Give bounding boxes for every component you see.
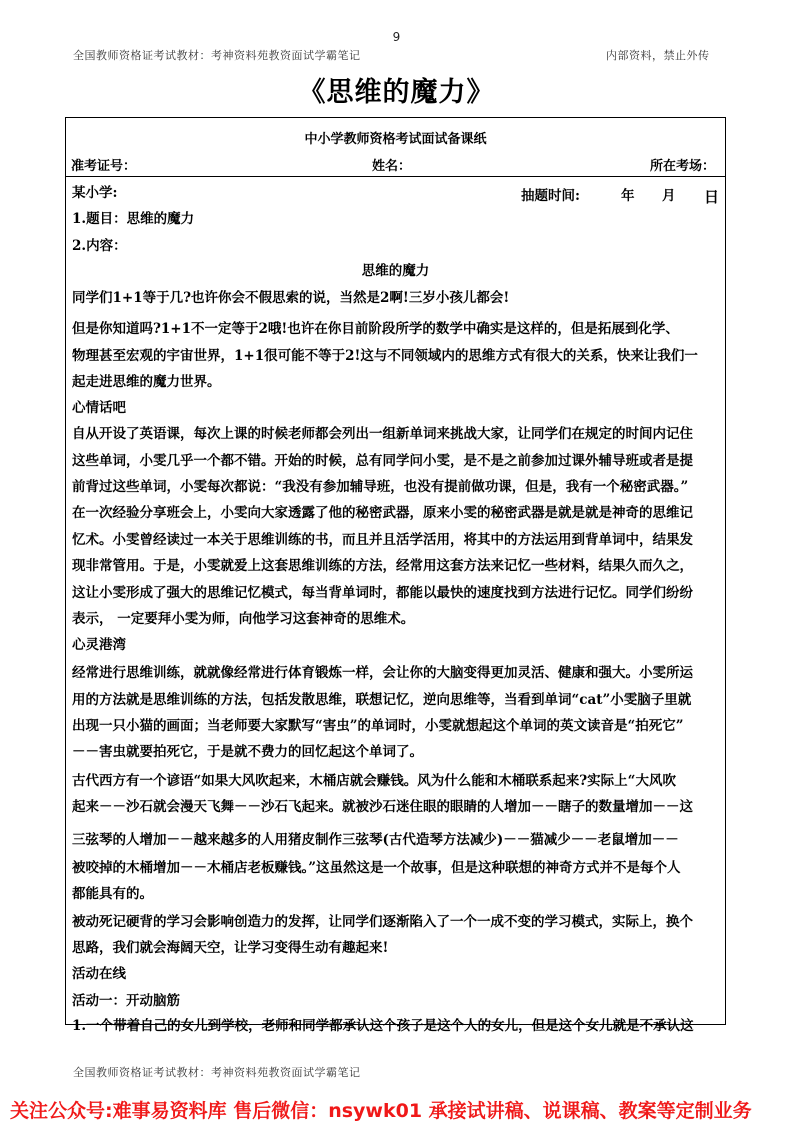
paragraph-line: 都能具有的。 (72, 885, 719, 903)
promo-banner: 关注公众号:难事易资料库 售后微信：nsywk01 承接试讲稿、说课稿、教案等定… (10, 1096, 790, 1122)
day-label: 日 (704, 186, 719, 207)
header-source: 全国教师资格证考试教材：考神资料苑教资面试学霸笔记 (73, 47, 361, 63)
paragraph-line: 思路，我们就会海阔天空，让学习变得生动有趣起来! (72, 939, 719, 957)
paragraph-line: 同学们1+1等于几?也许你会不假思索的说，当然是2啊!三岁小孩儿都会! (72, 289, 719, 307)
paragraph-line: 1.一个带着自己的女儿到学校，老师和同学都承认这个孩子是这个人的女儿，但是这个女… (72, 1017, 719, 1035)
paragraph-line: 忆术。小雯曾经读过一本关于思维训练的书，而且并且活学活用，将其中的方法运用到背单… (72, 531, 719, 549)
section-heading: 活动一：开动脑筋 (72, 992, 719, 1010)
paragraph-line: 经常进行思维训练，就就像经常进行体育锻炼一样，会让你的大脑变得更加灵活、健康和强… (72, 664, 719, 682)
paragraph-line: 前背过这些单词，小雯每次都说：“我没有参加辅导班，也没有提前做功课，但是，我有一… (72, 478, 719, 496)
exam-number-label: 准考证号： (71, 155, 136, 174)
lesson-prep-sheet: 中小学教师资格考试面试备课纸 准考证号： 姓名： 所在考场： 某小学: 抽题时间… (65, 117, 726, 1025)
paragraph-line: 自从开设了英语课，每次上课的时候老师都会列出一组新单词来挑战大家，让同学们在规定… (72, 425, 719, 443)
paragraph-line: 表示， 一定要拜小雯为师，向他学习这套神奇的思维术。 (72, 610, 719, 628)
sheet-title: 中小学教师资格考试面试备课纸 (66, 128, 725, 147)
paragraph-line: 起来－－沙石就会漫天飞舞－－沙石飞起来。就被沙石迷住眼的眼睛的人增加－－瞎子的数… (72, 798, 719, 816)
passage-title: 思维的魔力 (72, 262, 719, 280)
year-label: 年 (621, 184, 635, 204)
section-heading: 活动在线 (72, 965, 719, 983)
paragraph-line: 古代西方有一个谚语“如果大风吹起来，木桶店就会赚钱。风为什么能和木桶联系起来?实… (72, 772, 719, 790)
section-heading: 心情话吧 (72, 399, 719, 417)
topic-line: 1.题目：思维的魔力 (72, 210, 719, 228)
footer-source: 全国教师资格证考试教材：考神资料苑教资面试学霸笔记 (73, 1064, 361, 1080)
paragraph-line: 起走进思维的魔力世界。 (72, 373, 719, 391)
paragraph-line: 物理甚至宏观的宇宙世界，1+1很可能不等于2!这与不同领域内的思维方式有很大的关… (72, 347, 719, 365)
month-label: 月 (662, 184, 676, 204)
name-label: 姓名： (372, 155, 411, 174)
header-confidential: 内部资料，禁止外传 (606, 47, 710, 63)
paragraph-line: 被咬掉的木桶增加－－木桶店老板赚钱。”这虽然这是一个故事，但是这种联想的神奇方式… (72, 859, 719, 877)
paragraph-line: 这些单词，小雯几乎一个都不错。开始的时候，总有同学问小雯，是不是之前参加过课外辅… (72, 452, 719, 470)
paragraph-line: 出现一只小猫的画面；当老师要大家默写“害虫”的单词时，小雯就想起这个单词的英文读… (72, 717, 719, 735)
exam-site-label: 所在考场： (650, 155, 715, 174)
paragraph-line: 这让小雯形成了强大的思维记忆模式，每当背单词时，都能以最快的速度找到方法进行记忆… (72, 584, 719, 602)
paragraph-line: 三弦琴的人增加－－越来越多的人用猪皮制作三弦琴(古代造琴方法减少)－－猫减少－－… (72, 831, 719, 849)
document-title: 《思维的魔力》 (0, 70, 793, 109)
draw-time-label: 抽题时间: (521, 184, 580, 204)
paragraph-line: －－害虫就要拍死它，于是就不费力的回忆起这个单词了。 (72, 743, 719, 761)
page-number: 9 (0, 30, 793, 44)
section-heading: 心灵港湾 (72, 636, 719, 654)
paragraph-line: 用的方法就是思维训练的方法，包括发散思维，联想记忆，逆向思维等，当看到单词“ca… (72, 691, 719, 709)
paragraph-line: 现非常管用。于是，小雯就爱上这套思维训练的方法，经常用这套方法来记忆一些材料，结… (72, 557, 719, 575)
sheet-header: 中小学教师资格考试面试备课纸 准考证号： 姓名： 所在考场： (66, 118, 725, 177)
paragraph-line: 被动死记硬背的学习会影响创造力的发挥，让同学们逐渐陷入了一个一成不变的学习模式，… (72, 913, 719, 931)
paragraph-line: 但是你知道吗?1+1不一定等于2哦!也许在你目前阶段所学的数学中确实是这样的，但… (72, 320, 719, 338)
content-label: 2.内容： (72, 237, 719, 255)
paragraph-line: 在一次经验分享班会上，小雯向大家透露了他的秘密武器，原来小雯的秘密武器是就是就是… (72, 504, 719, 522)
